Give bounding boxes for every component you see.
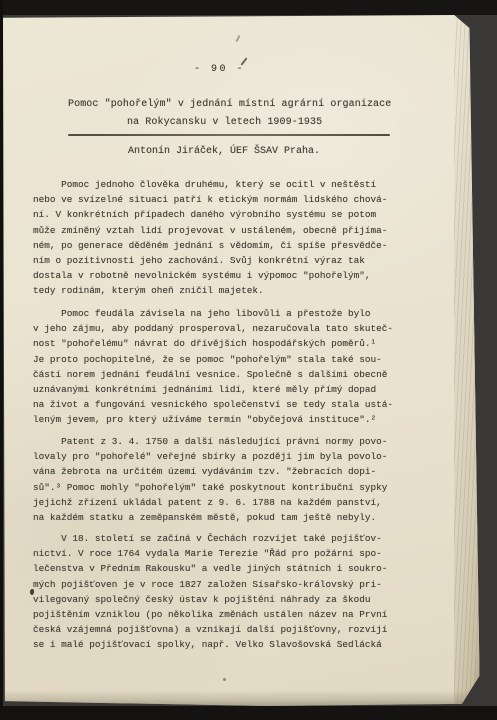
ink-speck-margin (30, 589, 34, 595)
scan-border-left (0, 0, 3, 720)
scan-border-bottom (0, 706, 497, 720)
article-title-line-1: Pomoc "pohořelým" v jednání místní agrár… (68, 99, 391, 110)
page-number: - 90 - (194, 64, 245, 75)
paragraph-3: Patent z 3. 4. 1750 a další následující … (33, 434, 387, 525)
title-underline (68, 134, 390, 136)
document-page: - 90 - Pomoc "pohořelým" v jednání místn… (3, 15, 480, 706)
page-bottom-shadow (3, 690, 480, 706)
paragraph-2: Pomoc feudála závisela na jeho libovůli … (33, 306, 393, 428)
scan-border-top (0, 0, 497, 15)
paragraph-4: V 18. století se začíná v Čechách rozvíj… (33, 531, 387, 653)
ink-speck-bottom (223, 678, 226, 681)
scan-scratch-mark (235, 35, 240, 42)
author-line: Antonín Jiráček, ÚEF ŠSAV Praha. (128, 146, 320, 157)
paragraph-1: Pomoc jednoho člověka druhému, který se … (33, 177, 387, 299)
article-title-line-2: na Rokycansku v letech 1909-1935 (127, 117, 322, 128)
page-fore-edge (454, 15, 480, 706)
